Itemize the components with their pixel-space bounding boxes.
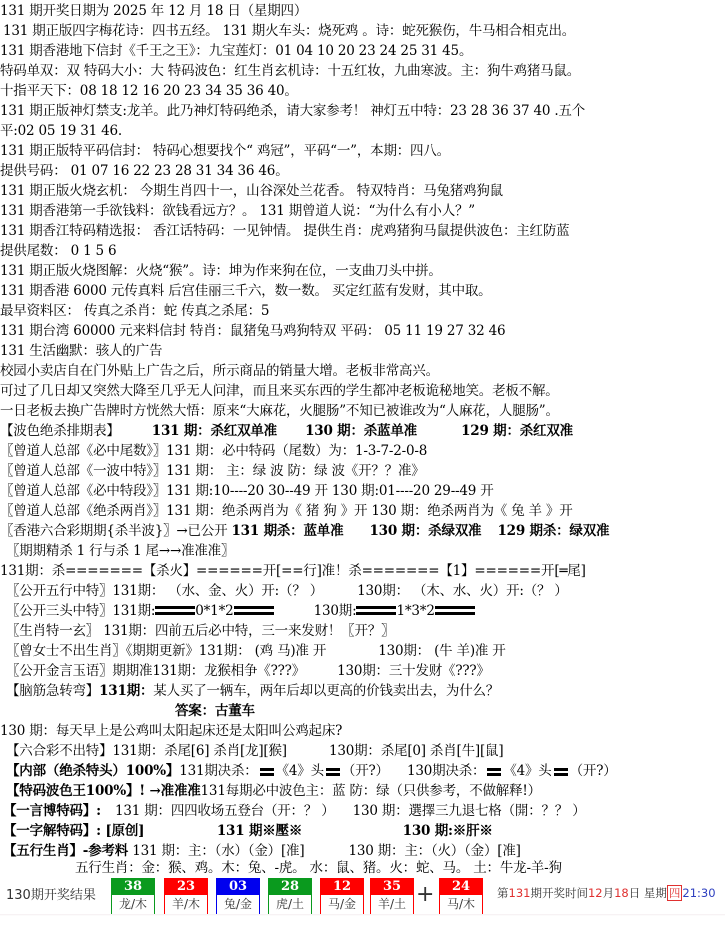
internal-kill-130-suffix: （开?） bbox=[570, 763, 617, 779]
five-elements-row: 〖公开五行中特〗131期： （水、金、火）开:（？ ） 130期： （木、水、火… bbox=[6, 581, 568, 601]
zeng-label: 〖曾道人总部《必中特段》〗 bbox=[0, 483, 166, 499]
heavy-bar-icon bbox=[155, 606, 195, 615]
result-ball: 23 羊/木 bbox=[164, 878, 208, 914]
ball-number: 24 bbox=[440, 878, 482, 895]
plus-icon: + bbox=[416, 884, 434, 906]
three-heads-label: 〖公开三头中特〗 bbox=[6, 603, 112, 619]
first-hand-line: 131 期香港第一手欲钱料：欲钱看远方？。 131 期曾道人说：“为什么有小人？… bbox=[0, 201, 475, 221]
special-attr-line: 特码单双：双 特码大小：大 特码波色：红生肖玄机诗：十五红妆，九曲寒波。主：狗牛… bbox=[0, 61, 580, 81]
five-elements-130: 130期： （木、水、火）开:（？ ） bbox=[357, 583, 568, 599]
golden-words-131: 131期：龙猴相争《???》 bbox=[152, 663, 305, 679]
no-special-130: 130期：杀尾[0] 杀肖[牛][鼠] bbox=[329, 743, 503, 759]
hk-half-wave-129: 129 期杀：绿双准 bbox=[497, 523, 609, 539]
lady-zeng-row: 〖曾女士不出生肖〗《期期更新》131期： (鸡 马)准 开 130期： (牛 羊… bbox=[6, 641, 506, 661]
zeng-two-zodiac-row: 〖曾道人总部《绝杀两肖》〗131 期：绝杀两肖为《 猪 狗 》开 130 期：绝… bbox=[0, 501, 573, 521]
one-word-bet-label: 【一言博特码】: bbox=[3, 803, 101, 819]
riddle-answer: 古董车 bbox=[215, 703, 255, 719]
flat-envelope-line: 131 期正版特平码信封： 特码心想要找个“ 鸡冠”，平码“一”，本期：四八。 bbox=[0, 141, 450, 161]
result-ball: 28 虎/土 bbox=[268, 878, 312, 914]
riddle-row: 【脑筋急转弯】131期：某人买了一辆车，两年后却以更高的价钱卖出去，为什么？ bbox=[6, 681, 499, 701]
three-heads-130-code: 1*3*2 bbox=[396, 603, 434, 619]
zeng-segment-row: 〖曾道人总部《必中特段》〗131 期:10----20 30--49 开 130… bbox=[0, 481, 494, 501]
ball-number: 28 bbox=[269, 878, 311, 895]
kill-color-129: 129 期：杀红双准 bbox=[461, 423, 573, 439]
ball-number: 12 bbox=[321, 878, 363, 895]
ball-zodiac: 羊/土 bbox=[371, 895, 413, 914]
five-elements-label: 〖公开五行中特〗 bbox=[6, 583, 112, 599]
ball-zodiac: 龙/木 bbox=[112, 895, 154, 914]
internal-kill-label: 【内部（绝杀特头）100%】 bbox=[6, 763, 179, 779]
tail-numbers-line: 提供尾数： 0 1 5 6 bbox=[0, 241, 116, 261]
kill-row-title: 〖期期精杀 1 行与杀 1 尾→→准准准〗 bbox=[6, 541, 234, 561]
golden-words-130: 130期：三十发财《???》 bbox=[337, 663, 490, 679]
lamp-line: 131 期正版神灯禁支:龙羊。此乃神灯特码绝杀，请大家参考！ 神灯五中特：23 … bbox=[0, 101, 585, 121]
humor-title-line: 131 生活幽默：骇人的广告 bbox=[0, 341, 162, 361]
humor-line-3: 一日老板去换广告牌时方恍然大悟：原来“大麻花，火腿肠”不知已被谁改为“人麻花，人… bbox=[0, 401, 559, 421]
kill-color-131: 131 期：杀红双单准 bbox=[152, 423, 277, 439]
kill-color-130: 130 期：杀蓝单准 bbox=[305, 423, 417, 439]
riddle-label: 【脑筋急转弯】 bbox=[6, 683, 99, 699]
heavy-bar-icon bbox=[435, 606, 475, 615]
next-draw-month-unit: 月 bbox=[603, 886, 615, 900]
internal-kill-131-prefix: 131期决杀： bbox=[179, 763, 257, 779]
one-word-bet-131: 131 期：四四收场五登台（开：？ ） bbox=[115, 803, 335, 819]
next-draw-mid: 期开奖时间 bbox=[530, 886, 588, 900]
wuxing-131: 131 期：主：（水）（金）[准] bbox=[132, 843, 304, 859]
next-draw-day: 18 bbox=[614, 886, 629, 900]
zeng-wave-row: 〖曾道人总部《一波中特》〗131 期： 主：绿 波 防：绿 波《开？？准》 bbox=[0, 461, 425, 481]
ball-zodiac: 羊/木 bbox=[165, 895, 207, 914]
three-heads-131-prefix: 131期: bbox=[112, 603, 155, 619]
zodiac-mystery-text: 131期：四前五后必中特，三一来发财！〖开？〗 bbox=[103, 623, 394, 639]
zeng-text: 131 期:10----20 30--49 开 130 期:01----20 2… bbox=[166, 483, 493, 499]
ball-number: 03 bbox=[217, 878, 259, 895]
zeng-label: 〖曾道人总部《一波中特》〗 bbox=[0, 463, 166, 479]
three-heads-130-prefix: 130期: bbox=[314, 603, 357, 619]
plum-poem-line: 131 期正版四字梅花诗：四书五经。 131 期火车头：烧死鸡 。诗：蛇死猴伤，… bbox=[3, 21, 575, 41]
one-char-row: 【一字解特码】: [原创] 131 期※壓※ 130 期:※肝※ bbox=[3, 821, 493, 841]
next-draw-weekday: 四 bbox=[667, 885, 683, 901]
draw-result-strip: 130期开奖结果 38 龙/木 23 羊/木 03 兔/金 28 虎/土 12 … bbox=[0, 872, 725, 914]
no-special-row: 【六合彩不出特】131期：杀尾[6] 杀肖[龙][猴] 130期：杀尾[0] 杀… bbox=[6, 741, 503, 761]
hk-half-wave-row: 〖香港六合彩期期{杀半波}〗→已公开 131 期杀：蓝单准 130 期：杀绿双准… bbox=[0, 521, 609, 541]
riddle-answer-label: 答案： bbox=[175, 703, 215, 719]
internal-kill-130-prefix: 130期决杀： bbox=[407, 763, 485, 779]
heavy-bar-icon bbox=[234, 606, 274, 615]
double-bar-icon bbox=[487, 768, 501, 776]
lamp-flat-line: 平:02 05 19 31 46. bbox=[0, 121, 122, 141]
five-elements-131: 131期： （水、金、火）开:（？ ） bbox=[112, 583, 323, 599]
no-special-131: 131期：杀尾[6] 杀肖[龙][猴] bbox=[112, 743, 286, 759]
kill-color-title: 【波色绝杀排期表】 bbox=[0, 423, 120, 439]
ball-zodiac: 马/木 bbox=[440, 895, 482, 914]
taiwan-line: 131 期台湾 60000 元来料信封 特肖：鼠猪兔马鸡狗特双 平码： 05 1… bbox=[0, 321, 505, 341]
one-char-131: 131 期※壓※ bbox=[217, 823, 302, 839]
wave-king-label: 【特码波色王100%】! →准准准 bbox=[6, 783, 201, 799]
one-word-bet-130: 130 期：選擇三九退七格（開：？？ ） bbox=[353, 803, 586, 819]
hk-half-wave-130: 130 期：杀绿双准 bbox=[369, 523, 481, 539]
humor-line-1: 校园小卖店自在门外贴上广告之后，所示商品的销量大增。老板非常高兴。 bbox=[0, 361, 439, 381]
double-bar-icon bbox=[554, 768, 568, 776]
next-draw-period: 131 bbox=[509, 886, 531, 900]
three-heads-131-code: 0*1*2 bbox=[195, 603, 233, 619]
wave-king-row: 【特码波色王100%】! →准准准131每期必中波色主：蓝 防：绿（只供参考，不… bbox=[6, 781, 541, 801]
one-char-label: 【一字解特码】: [原创] bbox=[3, 823, 144, 839]
xiangjiang-line: 131 期香江特码精选报： 香江话特码：一见钟情。 提供生肖：虎鸡猪狗马鼠提供波… bbox=[0, 221, 569, 241]
fire-diagram-line: 131 期正版火烧图解：火烧“猴”。诗：坤为作来狗在位，一支曲刀头中拼。 bbox=[0, 261, 442, 281]
riddle-130-row: 130 期：每天早上是公鸡叫太阳起床还是太阳叫公鸡起床? bbox=[0, 721, 342, 741]
golden-words-label: 〖公开金言玉语〗期期准 bbox=[6, 663, 152, 679]
golden-words-row: 〖公开金言玉语〗期期准131期：龙猴相争《???》 130期：三十发财《???》 bbox=[6, 661, 490, 681]
lady-zeng-label: 〖曾女士不出生肖〗《期期更新》 bbox=[6, 643, 199, 659]
ten-fingers-line: 十指平天下：08 18 12 16 20 23 34 35 36 40。 bbox=[0, 81, 298, 101]
one-char-130: 130 期:※肝※ bbox=[403, 823, 493, 839]
riddle-answer-row: 答案：古董车 bbox=[175, 701, 255, 721]
zodiac-mystery-row: 〖生肖特一玄〗 131期：四前五后必中特，三一来发财！〖开？〗 bbox=[6, 621, 394, 641]
result-ball: 03 兔/金 bbox=[216, 878, 260, 914]
lady-zeng-130: 130期： (牛 羊)准 开 bbox=[378, 643, 505, 659]
draw-result-title: 130期开奖结果 bbox=[6, 884, 96, 903]
zeng-label: 〖曾道人总部《必中尾数》〗 bbox=[0, 443, 166, 459]
zodiac-mystery-label: 〖生肖特一玄〗 bbox=[6, 623, 99, 639]
ball-number: 38 bbox=[112, 878, 154, 895]
next-draw-month: 12 bbox=[588, 886, 603, 900]
early-data-line: 最早资料区： 传真之杀肖：蛇 传真之杀尾：5 bbox=[0, 301, 269, 321]
lady-zeng-131: 131期： (鸡 马)准 开 bbox=[199, 643, 326, 659]
draw-date-line: 131 期开奖日期为 2025 年 12 月 18 日（星期四） bbox=[0, 1, 307, 21]
internal-kill-row: 【内部（绝杀特头）100%】131期决杀：《4》头（开?） 130期决杀：《4》… bbox=[6, 761, 617, 781]
humor-line-2: 可过了几日却又突然大降至几乎无人问津，而且来买东西的学生都冲老板诡秘地笑。老板不… bbox=[0, 381, 559, 401]
next-draw-prefix: 第 bbox=[497, 886, 509, 900]
kill-row-text: 131期：杀=======【杀火】======开[==行]准！杀=======【… bbox=[0, 561, 586, 581]
no-special-label: 【六合彩不出特】 bbox=[6, 743, 112, 759]
next-draw-day-unit: 日 星期 bbox=[629, 886, 667, 900]
envelope-line: 131 期香港地下信封《千王之王》：九宝莲灯：01 04 10 20 23 24… bbox=[0, 41, 472, 61]
zeng-text: 131 期： 主：绿 波 防：绿 波《开？？准》 bbox=[166, 463, 424, 479]
riddle-question: 某人买了一辆车，两年后却以更高的价钱卖出去，为什么？ bbox=[153, 683, 499, 699]
kill-color-table-row: 【波色绝杀排期表】 131 期：杀红双单准 130 期：杀蓝单准 129 期：杀… bbox=[0, 421, 573, 441]
fire-mystery-line: 131 期正版火烧玄机： 今期生肖四十一，山谷深处兰花香。 特双特肖：马兔猪鸡狗… bbox=[0, 181, 503, 201]
ball-zodiac: 兔/金 bbox=[217, 895, 259, 914]
one-word-bet-row: 【一言博特码】: 131 期：四四收场五登台（开：？ ） 130 期：選擇三九退… bbox=[3, 801, 586, 821]
result-ball: 38 龙/木 bbox=[111, 878, 155, 914]
wave-king-text: 131每期必中波色主：蓝 防：绿（只供参考，不做解释!） bbox=[201, 783, 541, 799]
three-heads-row: 〖公开三头中特〗131期:0*1*2 130期:1*3*2 bbox=[6, 601, 475, 621]
footer-divider bbox=[0, 914, 725, 916]
ball-number: 35 bbox=[371, 878, 413, 895]
hk-half-wave-131: 131 期杀：蓝单准 bbox=[231, 523, 343, 539]
zeng-tail-row: 〖曾道人总部《必中尾数》〗131 期：必中特码（尾数）为：1-3-7-2-0-8 bbox=[0, 441, 427, 461]
internal-kill-130-mid: 《4》头 bbox=[503, 763, 551, 779]
internal-kill-131-suffix: （开?） bbox=[342, 763, 389, 779]
riddle-period: 131期： bbox=[99, 683, 153, 699]
hk-half-wave-label: 〖香港六合彩期期{杀半波}〗→已公开 bbox=[0, 523, 227, 539]
zeng-text: 131 期：必中特码（尾数）为：1-3-7-2-0-8 bbox=[166, 443, 427, 459]
wuxing-label: 【五行生肖】-参考料 bbox=[3, 843, 128, 859]
ball-zodiac: 虎/土 bbox=[269, 895, 311, 914]
double-bar-icon bbox=[326, 768, 340, 776]
fax-line: 131 期香港 6000 元传真料 后宫佳丽三千六，数一数。 买定红蓝有发财，其… bbox=[0, 281, 491, 301]
internal-kill-131-mid: 《4》头 bbox=[276, 763, 324, 779]
next-draw-time: 21:30 bbox=[682, 886, 715, 900]
special-ball: 24 马/木 bbox=[439, 878, 483, 914]
result-ball: 12 马/金 bbox=[320, 878, 364, 914]
next-draw-info: 第131期开奖时间12月18日 星期四21:30 bbox=[497, 885, 716, 901]
zeng-label: 〖曾道人总部《绝杀两肖》〗 bbox=[0, 503, 166, 519]
heavy-bar-icon bbox=[356, 606, 396, 615]
result-ball: 35 羊/土 bbox=[370, 878, 414, 914]
wuxing-130: 130 期：主：（火）（金）[准] bbox=[349, 843, 521, 859]
ball-zodiac: 马/金 bbox=[321, 895, 363, 914]
ball-number: 23 bbox=[165, 878, 207, 895]
zeng-text: 131 期：绝杀两肖为《 猪 狗 》开 130 期：绝杀两肖为《 兔 羊 》开 bbox=[166, 503, 572, 519]
double-bar-icon bbox=[260, 768, 274, 776]
provided-numbers-line: 提供号码： 01 07 16 22 23 28 31 34 36 46。 bbox=[0, 161, 289, 181]
